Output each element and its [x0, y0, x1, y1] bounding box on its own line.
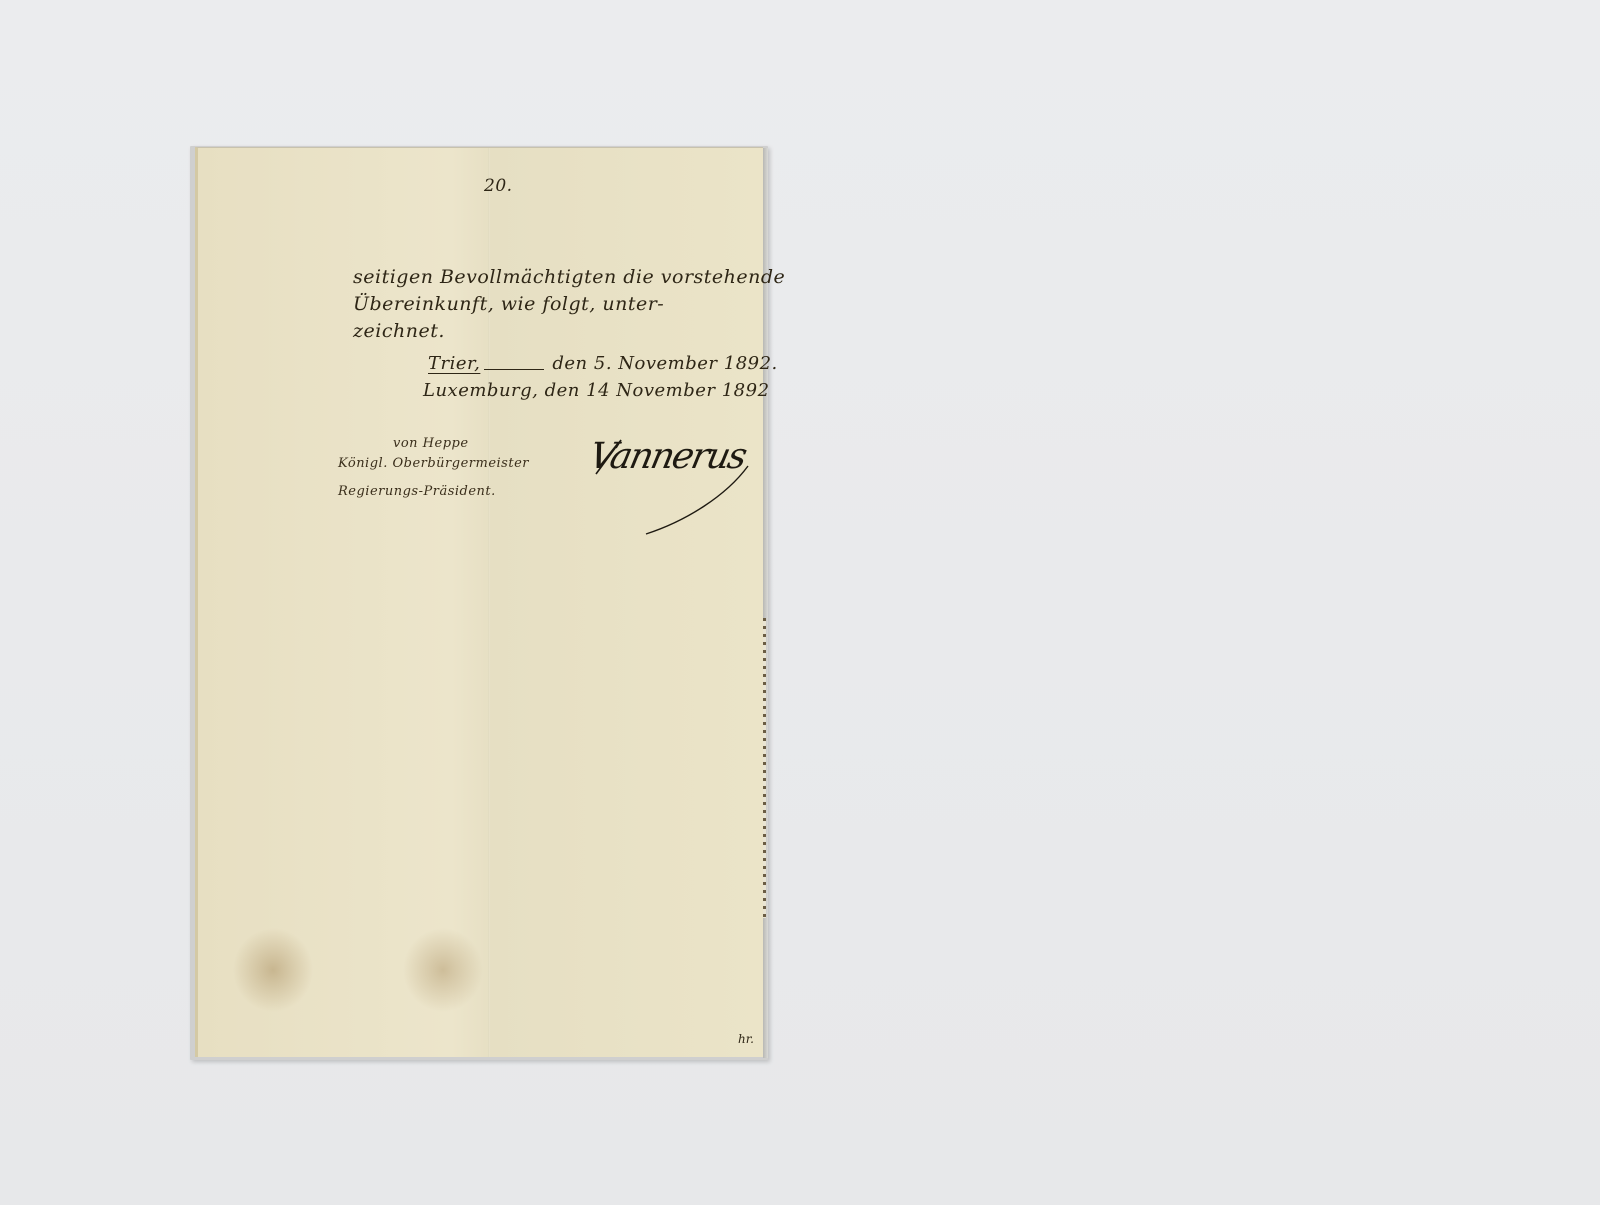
body-line: Übereinkunft, wie folgt, unter- [353, 293, 664, 315]
signature-flourish-icon [576, 426, 776, 546]
left-note: von Heppe [393, 436, 469, 451]
body-line: seitigen Bevollmächtigten die vorstehend… [353, 266, 785, 288]
body-line: zeichnet. [353, 320, 445, 342]
manuscript-page: 20. seitigen Bevollmächtigten die vorste… [195, 147, 763, 1057]
date: den 14 November 1892 [545, 380, 770, 401]
left-note: Königl. Oberbürgermeister [338, 456, 529, 471]
archivist-mark: hr. [738, 1032, 754, 1046]
place-name: Luxemburg, [423, 380, 538, 401]
left-note: Regierungs-Präsident. [338, 484, 496, 499]
underline-rule [484, 369, 544, 370]
date: den 5. November 1892. [552, 353, 777, 374]
page-number: 20. [484, 176, 513, 196]
place-date-trier: Trier,den 5. November 1892. [428, 353, 778, 374]
place-name: Trier, [428, 353, 480, 374]
place-date-luxemburg: Luxemburg, den 14 November 1892 [423, 380, 770, 401]
signature: Vannerus [576, 426, 776, 546]
binding-thread [763, 618, 766, 918]
